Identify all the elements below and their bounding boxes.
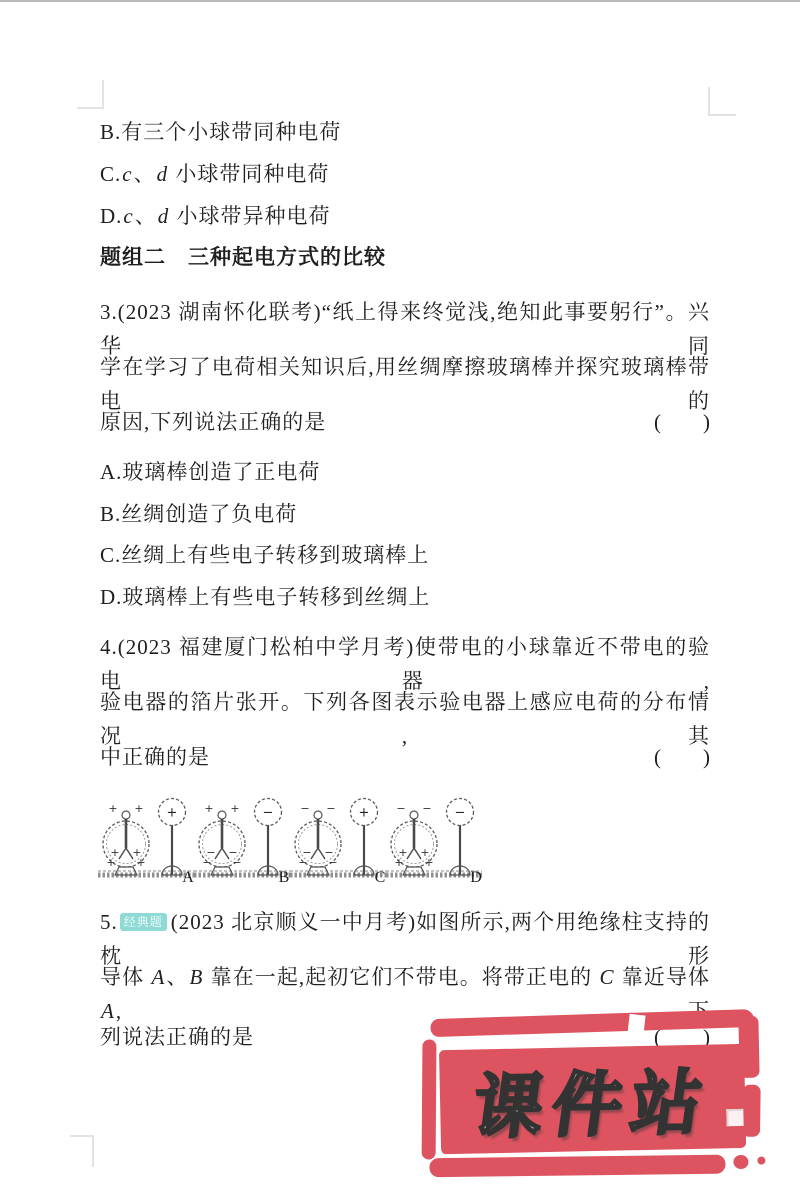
figure-label: D <box>470 869 482 886</box>
crop-mark-bottom-left <box>70 1135 94 1167</box>
svg-text:+: + <box>424 856 433 869</box>
stamp-border-bottom <box>429 1155 725 1178</box>
charged-ball: + <box>159 799 186 876</box>
svg-text:+: + <box>359 806 370 821</box>
svg-text:−: − <box>326 802 335 815</box>
electroscope-diagram-a: + + + + + + + A <box>98 782 194 888</box>
option-c-carryover: C.c、d 小球带同种电荷 <box>100 157 710 191</box>
classic-problem-badge: 经典题 <box>120 913 167 931</box>
svg-text:+: + <box>394 856 403 869</box>
option-d-carryover: D.c、d 小球带异种电荷 <box>100 199 710 233</box>
question-5-number: 5. <box>100 910 118 934</box>
svg-text:−: − <box>422 802 431 815</box>
answer-blank-q3: ( ) <box>654 405 710 439</box>
svg-text:−: − <box>328 856 337 869</box>
electroscope: + + − − − − <box>199 802 245 875</box>
charged-ball: − <box>447 799 474 876</box>
svg-text:−: − <box>396 802 405 815</box>
stamp-border-top <box>430 1009 754 1037</box>
watermark-text: 课件站 <box>467 1046 718 1152</box>
worksheet-page: B.有三个小球带同种电荷 C.c、d 小球带同种电荷 D.c、d 小球带异种电荷… <box>0 0 800 1200</box>
svg-text:+: + <box>230 802 239 815</box>
svg-text:−: − <box>300 802 309 815</box>
charged-ball: + <box>351 799 378 876</box>
svg-text:+: + <box>204 802 213 815</box>
svg-text:−: − <box>298 856 307 869</box>
svg-text:+: + <box>106 856 115 869</box>
svg-text:+: + <box>108 802 117 815</box>
question-3-line-3: 原因,下列说法正确的是 ( ) <box>100 405 710 439</box>
electroscope-diagram-b: + + − − − − − B <box>194 782 290 888</box>
question-4-line-3: 中正确的是 ( ) <box>100 740 710 774</box>
q3-option-b: B.丝绸创造了负电荷 <box>100 497 710 531</box>
electroscope: − − − − − − <box>295 802 341 875</box>
figure-label: A <box>182 869 194 886</box>
stamp-ink-blob <box>757 1156 765 1164</box>
q3-option-c: C.丝绸上有些电子转移到玻璃棒上 <box>100 538 710 572</box>
figure-label: C <box>375 869 386 886</box>
q3-option-d: D.玻璃棒上有些电子转移到丝绸上 <box>100 580 710 614</box>
stamp-ink-blob <box>733 1155 748 1169</box>
crop-mark-top-right <box>708 87 736 116</box>
svg-text:−: − <box>455 806 466 821</box>
q3-option-a: A.玻璃棒创造了正电荷 <box>100 455 710 489</box>
svg-text:−: − <box>263 806 274 821</box>
crop-mark-top-left <box>77 80 104 109</box>
electroscope-diagram-c: − − − − − − + C <box>290 782 386 888</box>
stamp-body: 课件站 <box>439 1044 746 1154</box>
figure-label: B <box>279 869 290 886</box>
crop-mark-bottom-right <box>726 1109 743 1126</box>
option-b-carryover: B.有三个小球带同种电荷 <box>100 115 710 149</box>
charged-ball: − <box>255 799 282 876</box>
svg-text:−: − <box>202 856 211 869</box>
svg-text:−: − <box>232 856 241 869</box>
svg-text:+: + <box>134 802 143 815</box>
svg-text:+: + <box>136 856 145 869</box>
svg-text:+: + <box>167 806 178 821</box>
stamp-border-left <box>422 1039 437 1159</box>
electroscope-figure: + + + + + + + A + + − <box>98 782 482 888</box>
watermark-stamp: 课件站 <box>418 1006 774 1185</box>
answer-blank-q4: ( ) <box>654 740 710 774</box>
electroscope: − − + + + + <box>391 802 437 875</box>
section-heading: 题组二 三种起电方式的比较 <box>100 240 710 274</box>
electroscope: + + + + + + <box>103 802 149 875</box>
electroscope-diagram-d: − − + + + + − D <box>386 782 482 888</box>
